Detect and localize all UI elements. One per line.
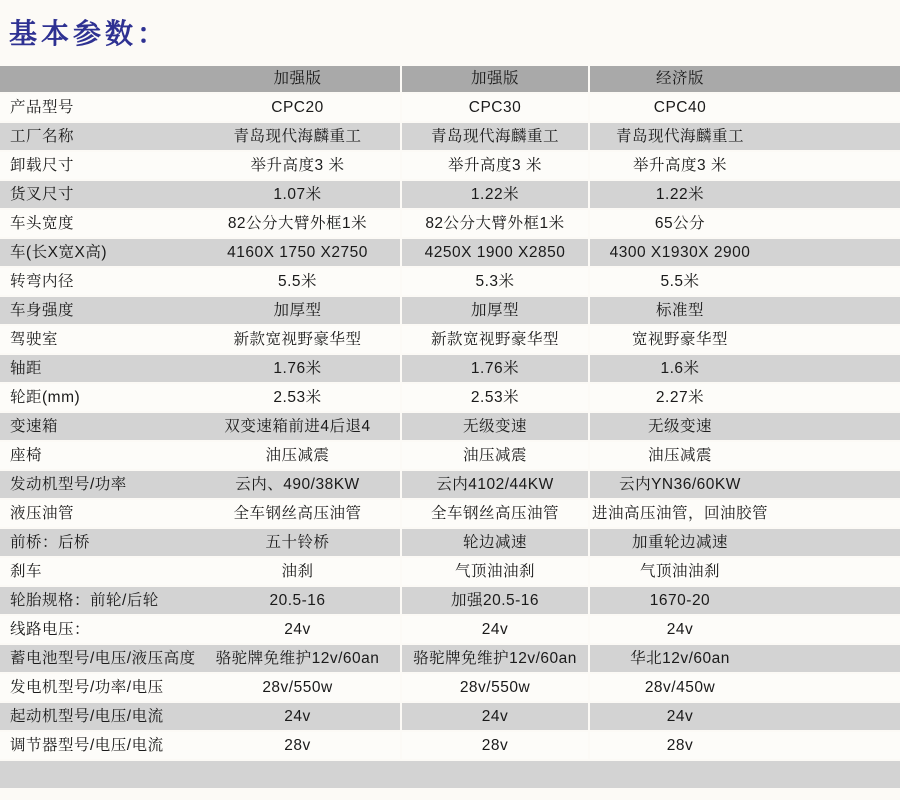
- table-header-row: 加强版 加强版 经济版: [0, 66, 900, 92]
- row-value: 1670-20: [590, 587, 770, 614]
- row-value: 24v: [195, 703, 402, 730]
- table-row: 发电机型号/功率/电压 28v/550w 28v/550w 28v/450w: [0, 674, 900, 701]
- row-value: 28v: [590, 732, 770, 759]
- row-value: 24v: [590, 616, 770, 643]
- row-label: 车身强度: [0, 297, 195, 324]
- row-value: 4160X 1750 X2750: [195, 239, 402, 266]
- row-value: 1.6米: [590, 355, 770, 382]
- row-value: 青岛现代海麟重工: [590, 123, 770, 150]
- table-row: 起动机型号/电压/电流 24v 24v 24v: [0, 703, 900, 730]
- row-value: 28v/550w: [402, 674, 590, 701]
- row-value: 1.22米: [590, 181, 770, 208]
- row-value: 20.5-16: [195, 587, 402, 614]
- row-value: 2.53米: [195, 384, 402, 411]
- row-label: 线路电压：: [0, 616, 195, 643]
- row-value: 65公分: [590, 210, 770, 237]
- table-row: 蓄电池型号/电压/液压高度 骆驼牌免维护12v/60an 骆驼牌免维护12v/6…: [0, 645, 900, 672]
- row-value: 2.53米: [402, 384, 590, 411]
- table-row: 变速箱 双变速箱前进4后退4 无级变速 无级变速: [0, 413, 900, 440]
- row-value: 举升高度3 米: [195, 152, 402, 179]
- row-value: 加厚型: [402, 297, 590, 324]
- row-label: 液压油管: [0, 500, 195, 527]
- row-value: CPC30: [402, 94, 590, 121]
- spec-table: 加强版 加强版 经济版 产品型号 CPC20 CPC30 CPC40 工厂名称 …: [0, 66, 900, 788]
- row-value: 油压减震: [402, 442, 590, 469]
- row-label: 调节器型号/电压/电流: [0, 732, 195, 759]
- row-label: 轮距(mm): [0, 384, 195, 411]
- table-row: 产品型号 CPC20 CPC30 CPC40: [0, 94, 900, 121]
- row-value: 5.5米: [195, 268, 402, 295]
- row-value: 骆驼牌免维护12v/60an: [195, 645, 402, 672]
- row-value: 1.76米: [402, 355, 590, 382]
- row-value: 28v: [402, 732, 590, 759]
- row-value: 加厚型: [195, 297, 402, 324]
- row-value: 加强20.5-16: [402, 587, 590, 614]
- table-row: 轮距(mm) 2.53米 2.53米 2.27米: [0, 384, 900, 411]
- row-value: 4250X 1900 X2850: [402, 239, 590, 266]
- row-label: 起动机型号/电压/电流: [0, 703, 195, 730]
- row-label: 转弯内径: [0, 268, 195, 295]
- row-label: 车(长X宽X高): [0, 239, 195, 266]
- row-value: 油压减震: [590, 442, 770, 469]
- row-value: 华北12v/60an: [590, 645, 770, 672]
- table-row: 车(长X宽X高) 4160X 1750 X2750 4250X 1900 X28…: [0, 239, 900, 266]
- row-value: 1.22米: [402, 181, 590, 208]
- row-value: 82公分大臂外框1米: [195, 210, 402, 237]
- row-value: 28v/450w: [590, 674, 770, 701]
- row-value: 5.3米: [402, 268, 590, 295]
- row-value: 5.5米: [590, 268, 770, 295]
- row-value: 举升高度3 米: [590, 152, 770, 179]
- header-col3: 经济版: [590, 66, 770, 92]
- row-value: 青岛现代海麟重工: [195, 123, 402, 150]
- table-row: 轴距 1.76米 1.76米 1.6米: [0, 355, 900, 382]
- row-value: 新款宽视野豪华型: [402, 326, 590, 353]
- row-value: 1.07米: [195, 181, 402, 208]
- row-label: 发电机型号/功率/电压: [0, 674, 195, 701]
- row-label: 轮胎规格：前轮/后轮: [0, 587, 195, 614]
- row-label: 轴距: [0, 355, 195, 382]
- table-row: 卸载尺寸 举升高度3 米 举升高度3 米 举升高度3 米: [0, 152, 900, 179]
- row-value: 气顶油油刹: [402, 558, 590, 585]
- spec-table-body: 产品型号 CPC20 CPC30 CPC40 工厂名称 青岛现代海麟重工 青岛现…: [0, 94, 900, 759]
- row-label: 变速箱: [0, 413, 195, 440]
- row-value: 云内、490/38KW: [195, 471, 402, 498]
- page-title: 基本参数：: [9, 15, 900, 52]
- table-row: 刹车 油刹 气顶油油刹 气顶油油刹: [0, 558, 900, 585]
- table-row: 调节器型号/电压/电流 28v 28v 28v: [0, 732, 900, 759]
- row-label: 工厂名称: [0, 123, 195, 150]
- table-row: 轮胎规格：前轮/后轮 20.5-16 加强20.5-16 1670-20: [0, 587, 900, 614]
- row-label: 刹车: [0, 558, 195, 585]
- row-value: 双变速箱前进4后退4: [195, 413, 402, 440]
- row-value: 进油高压油管，回油胶管: [590, 500, 770, 527]
- row-value: 2.27米: [590, 384, 770, 411]
- row-label: 前桥：后桥: [0, 529, 195, 556]
- table-row: 车头宽度 82公分大臂外框1米 82公分大臂外框1米 65公分: [0, 210, 900, 237]
- empty-row: [0, 761, 900, 788]
- table-row: 液压油管 全车钢丝高压油管 全车钢丝高压油管 进油高压油管，回油胶管: [0, 500, 900, 527]
- row-value: 云内YN36/60KW: [590, 471, 770, 498]
- row-value: 五十铃桥: [195, 529, 402, 556]
- row-value: 标准型: [590, 297, 770, 324]
- row-label: 蓄电池型号/电压/液压高度: [0, 645, 195, 672]
- row-value: CPC20: [195, 94, 402, 121]
- row-value: 24v: [402, 703, 590, 730]
- row-label: 车头宽度: [0, 210, 195, 237]
- row-value: 24v: [590, 703, 770, 730]
- table-row: 线路电压： 24v 24v 24v: [0, 616, 900, 643]
- table-row: 座椅 油压减震 油压减震 油压减震: [0, 442, 900, 469]
- row-value: 24v: [402, 616, 590, 643]
- row-value: 举升高度3 米: [402, 152, 590, 179]
- row-value: 轮边减速: [402, 529, 590, 556]
- row-value: 82公分大臂外框1米: [402, 210, 590, 237]
- row-value: 青岛现代海麟重工: [402, 123, 590, 150]
- row-value: 气顶油油刹: [590, 558, 770, 585]
- row-label: 座椅: [0, 442, 195, 469]
- row-value: 云内4102/44KW: [402, 471, 590, 498]
- row-label: 产品型号: [0, 94, 195, 121]
- row-value: 全车钢丝高压油管: [402, 500, 590, 527]
- table-row: 货叉尺寸 1.07米 1.22米 1.22米: [0, 181, 900, 208]
- table-row: 前桥：后桥 五十铃桥 轮边减速 加重轮边减速: [0, 529, 900, 556]
- header-col2: 加强版: [402, 66, 590, 92]
- row-value: CPC40: [590, 94, 770, 121]
- row-value: 加重轮边减速: [590, 529, 770, 556]
- row-value: 无级变速: [590, 413, 770, 440]
- header-col1: 加强版: [195, 66, 402, 92]
- table-row: 发动机型号/功率 云内、490/38KW 云内4102/44KW 云内YN36/…: [0, 471, 900, 498]
- row-value: 新款宽视野豪华型: [195, 326, 402, 353]
- row-label: 货叉尺寸: [0, 181, 195, 208]
- table-row: 驾驶室 新款宽视野豪华型 新款宽视野豪华型 宽视野豪华型: [0, 326, 900, 353]
- table-row: 转弯内径 5.5米 5.3米 5.5米: [0, 268, 900, 295]
- row-label: 卸载尺寸: [0, 152, 195, 179]
- row-value: 油刹: [195, 558, 402, 585]
- row-value: 28v/550w: [195, 674, 402, 701]
- row-value: 宽视野豪华型: [590, 326, 770, 353]
- row-label: 发动机型号/功率: [0, 471, 195, 498]
- row-value: 4300 X1930X 2900: [590, 239, 770, 266]
- row-value: 油压减震: [195, 442, 402, 469]
- row-value: 28v: [195, 732, 402, 759]
- row-value: 无级变速: [402, 413, 590, 440]
- row-value: 1.76米: [195, 355, 402, 382]
- table-row: 车身强度 加厚型 加厚型 标准型: [0, 297, 900, 324]
- table-row: 工厂名称 青岛现代海麟重工 青岛现代海麟重工 青岛现代海麟重工: [0, 123, 900, 150]
- row-value: 24v: [195, 616, 402, 643]
- row-value: 全车钢丝高压油管: [195, 500, 402, 527]
- row-label: 驾驶室: [0, 326, 195, 353]
- row-value: 骆驼牌免维护12v/60an: [402, 645, 590, 672]
